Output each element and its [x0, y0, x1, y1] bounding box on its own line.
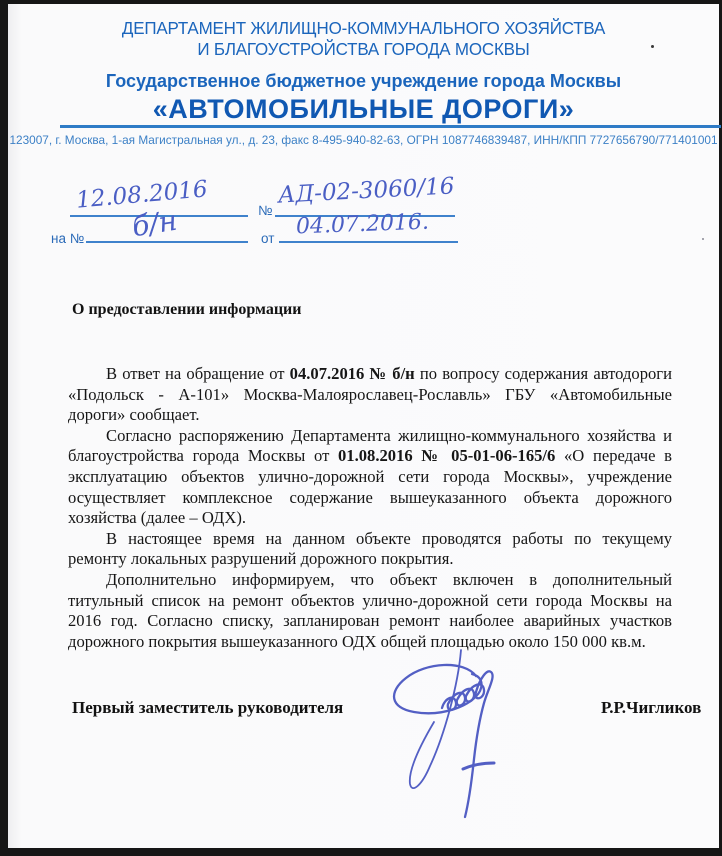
body-paragraph: Согласно распоряжению Департамента жилищ… [68, 426, 672, 529]
handwritten-outgoing-number: АД-02-3060/16 [277, 173, 455, 208]
number-label: № [258, 203, 272, 218]
scanned-letter-page: ДЕПАРТАМЕНТ ЖИЛИЩНО-КОММУНАЛЬНОГО ХОЗЯЙС… [0, 0, 722, 856]
reply-date-underline [279, 241, 458, 243]
body-paragraph: В ответ на обращение от 04.07.2016 № б/н… [68, 364, 672, 426]
body-paragraph: В настоящее время на данном объекте пров… [68, 529, 672, 570]
department-name-line1: ДЕПАРТАМЕНТ ЖИЛИЩНО-КОММУНАЛЬНОГО ХОЗЯЙС… [19, 18, 709, 39]
scan-speck [702, 238, 704, 240]
letterhead-divider-rule [60, 125, 721, 128]
reply-to-number-label: на № [51, 231, 84, 246]
letter-body: В ответ на обращение от 04.07.2016 № б/н… [68, 364, 672, 652]
handwritten-reply-number: б/н [130, 204, 180, 244]
letterhead-address: 123007, г. Москва, 1-ая Магистральная ул… [8, 133, 719, 147]
reply-date-label: от [261, 231, 274, 246]
scan-speck [651, 45, 654, 48]
handwritten-signature [364, 638, 554, 853]
letterhead: ДЕПАРТАМЕНТ ЖИЛИЩНО-КОММУНАЛЬНОГО ХОЗЯЙС… [8, 18, 719, 124]
handwritten-reply-date: 04.07.2016. [296, 210, 430, 240]
organization-name: «АВТОМОБИЛЬНЫЕ ДОРОГИ» [8, 94, 719, 124]
paper-sheet: ДЕПАРТАМЕНТ ЖИЛИЩНО-КОММУНАЛЬНОГО ХОЗЯЙС… [8, 4, 719, 848]
subject-line: О предоставлении информации [72, 301, 301, 319]
reply-number-underline [86, 241, 248, 243]
organization-type: Государственное бюджетное учреждение гор… [8, 70, 719, 92]
department-name-line2: И БЛАГОУСТРОЙСТВА ГОРОДА МОСКВЫ [19, 39, 709, 60]
signer-name: Р.Р.Чигликов [601, 698, 701, 718]
signer-position-title: Первый заместитель руководителя [72, 698, 343, 718]
